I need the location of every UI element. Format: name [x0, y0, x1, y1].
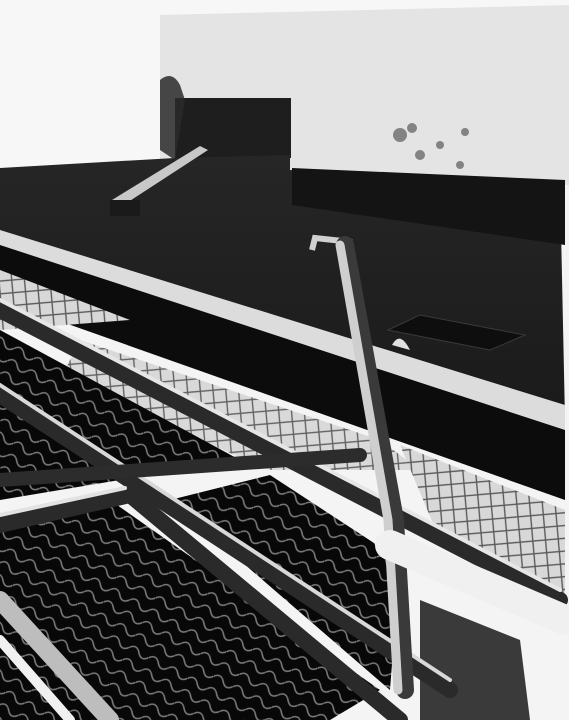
photograph: Black-and-white photograph of a rooftop … [0, 0, 569, 720]
doorway-shadow [175, 98, 291, 158]
pipe-base [110, 200, 140, 216]
grass-patch [420, 600, 530, 720]
photo-scene [0, 0, 569, 720]
